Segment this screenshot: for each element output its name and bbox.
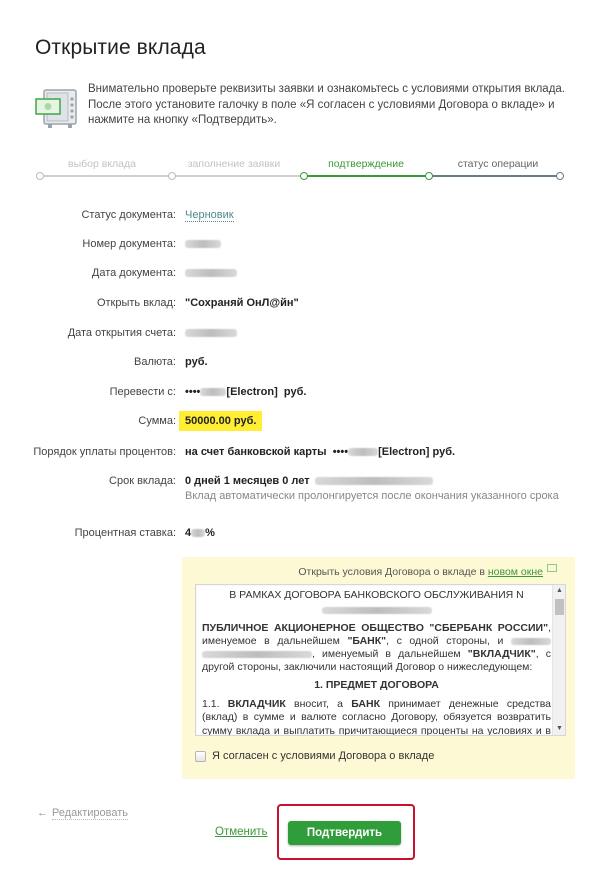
intro-text: Внимательно проверьте реквизиты заявки и…: [88, 82, 568, 129]
step-choose-deposit: выбор вклада: [36, 158, 168, 170]
arrow-left-icon: ←: [37, 807, 48, 819]
clause-number: 1.1.: [202, 698, 228, 710]
bank-word: "БАНК": [347, 635, 386, 647]
field-label: Номер документа:: [82, 238, 176, 250]
agree-label: Я согласен с условиями Договора о вкладе: [212, 750, 434, 762]
contract-panel: Открыть условия Договора о вкладе в ново…: [182, 557, 575, 779]
field-label: Статус документа:: [81, 209, 176, 221]
field-label: Порядок уплаты процентов:: [33, 446, 176, 458]
amount-value: 50000.00 руб.: [179, 411, 262, 431]
section-heading: 1. ПРЕДМЕТ ДОГОВОРА: [202, 679, 551, 692]
safe-with-money-icon: [34, 88, 78, 130]
currency-value: руб.: [185, 356, 208, 368]
field-label: Открыть вклад:: [97, 297, 176, 309]
contract-header: В РАМКАХ ДОГОВОРА БАНКОВСКОГО ОБСЛУЖИВАН…: [202, 589, 551, 602]
new-window-link[interactable]: новом окне: [488, 566, 543, 578]
clause-bank: БАНК: [351, 698, 380, 710]
contract-text: вносит, а: [286, 698, 351, 710]
redacted-value: [185, 329, 237, 337]
step-dot-end: [556, 172, 564, 180]
transfer-card: ••••[Electron] руб.: [185, 386, 306, 398]
redacted-value: [202, 651, 312, 658]
card-type: [Electron]: [378, 446, 429, 458]
step-line-active: [304, 175, 428, 177]
redacted-value: [315, 477, 433, 485]
contract-text-area[interactable]: В РАМКАХ ДОГОВОРА БАНКОВСКОГО ОБСЛУЖИВАН…: [195, 584, 566, 736]
rate-value: 4%: [185, 527, 215, 539]
edit-link-label: Редактировать: [52, 807, 128, 820]
interest-payment-prefix: на счет банковской карты: [185, 446, 327, 458]
field-label: Дата документа:: [92, 267, 176, 279]
card-type: [Electron]: [226, 386, 277, 398]
status-draft-link[interactable]: Черновик: [185, 209, 234, 222]
edit-link[interactable]: ←Редактировать: [37, 807, 128, 819]
step-line-future: [428, 175, 560, 177]
clause-depositor: ВКЛАДЧИК: [228, 698, 286, 710]
rate-suffix: %: [205, 527, 215, 539]
term-value: 0 дней 1 месяцев 0 лет: [185, 475, 310, 487]
step-operation-status: статус операции: [432, 158, 564, 170]
step-dot: [168, 172, 176, 180]
confirm-button[interactable]: Подтвердить: [288, 821, 401, 845]
scroll-up-arrow-icon[interactable]: ▲: [553, 585, 566, 597]
redacted-value: [191, 529, 205, 537]
field-label: Сумма:: [138, 415, 176, 427]
step-dot-active: [425, 172, 433, 180]
page-title: Открытие вклада: [35, 36, 206, 60]
card-currency: руб.: [284, 386, 307, 398]
card-mask: ••••: [333, 446, 348, 458]
agree-checkbox-row[interactable]: Я согласен с условиями Договора о вкладе: [195, 750, 434, 762]
field-label: Дата открытия счета:: [68, 327, 176, 339]
field-label: Процентная ставка:: [75, 527, 176, 539]
scroll-down-arrow-icon[interactable]: ▼: [553, 723, 566, 735]
contract-parties: ПУБЛИЧНОЕ АКЦИОНЕРНОЕ ОБЩЕСТВО "СБЕРБАНК…: [202, 622, 551, 675]
term-note: Вклад автоматически пролонгируется после…: [185, 490, 559, 502]
scroll-thumb[interactable]: [555, 599, 564, 615]
step-dot-active: [300, 172, 308, 180]
step-confirmation: подтверждение: [300, 158, 432, 170]
interest-payment-card: на счет банковской карты ••••[Electron] …: [185, 446, 455, 458]
cancel-link[interactable]: Отменить: [215, 826, 268, 838]
contract-scrollbar[interactable]: ▲ ▼: [552, 585, 565, 735]
field-label: Срок вклада:: [109, 475, 176, 487]
field-label: Перевести с:: [110, 386, 176, 398]
clause-1-1: 1.1. ВКЛАДЧИК вносит, а БАНК принимает д…: [202, 698, 551, 736]
open-contract-text: Открыть условия Договора о вкладе в: [298, 566, 485, 578]
agree-checkbox[interactable]: [195, 751, 206, 762]
external-window-icon[interactable]: [547, 564, 557, 572]
field-label: Валюта:: [134, 356, 176, 368]
redacted-value: [322, 607, 432, 614]
contract-text: , именуемый в дальнейшем: [312, 648, 468, 660]
redacted-value: [185, 269, 237, 277]
progress-stepper: выбор вклада заполнение заявки подтвержд…: [36, 158, 564, 184]
card-currency: руб.: [433, 446, 456, 458]
contract-text: , с одной стороны, и: [386, 635, 511, 647]
redacted-value: [185, 240, 221, 248]
step-dot: [36, 172, 44, 180]
step-fill-application: заполнение заявки: [168, 158, 300, 170]
open-contract-line: Открыть условия Договора о вкладе в ново…: [298, 566, 557, 578]
bank-name: ПУБЛИЧНОЕ АКЦИОНЕРНОЕ ОБЩЕСТВО "СБЕРБАНК…: [202, 622, 548, 634]
intro-block: Внимательно проверьте реквизиты заявки и…: [34, 82, 574, 132]
depositor-word: "ВКЛАДЧИК": [468, 648, 536, 660]
redacted-value: [348, 448, 378, 456]
redacted-value: [511, 638, 551, 645]
contract-content: В РАМКАХ ДОГОВОРА БАНКОВСКОГО ОБСЛУЖИВАН…: [202, 589, 551, 736]
deposit-name: "Сохраняй ОнЛ@йн": [185, 297, 299, 309]
redacted-value: [200, 388, 226, 396]
card-mask: ••••: [185, 386, 200, 398]
